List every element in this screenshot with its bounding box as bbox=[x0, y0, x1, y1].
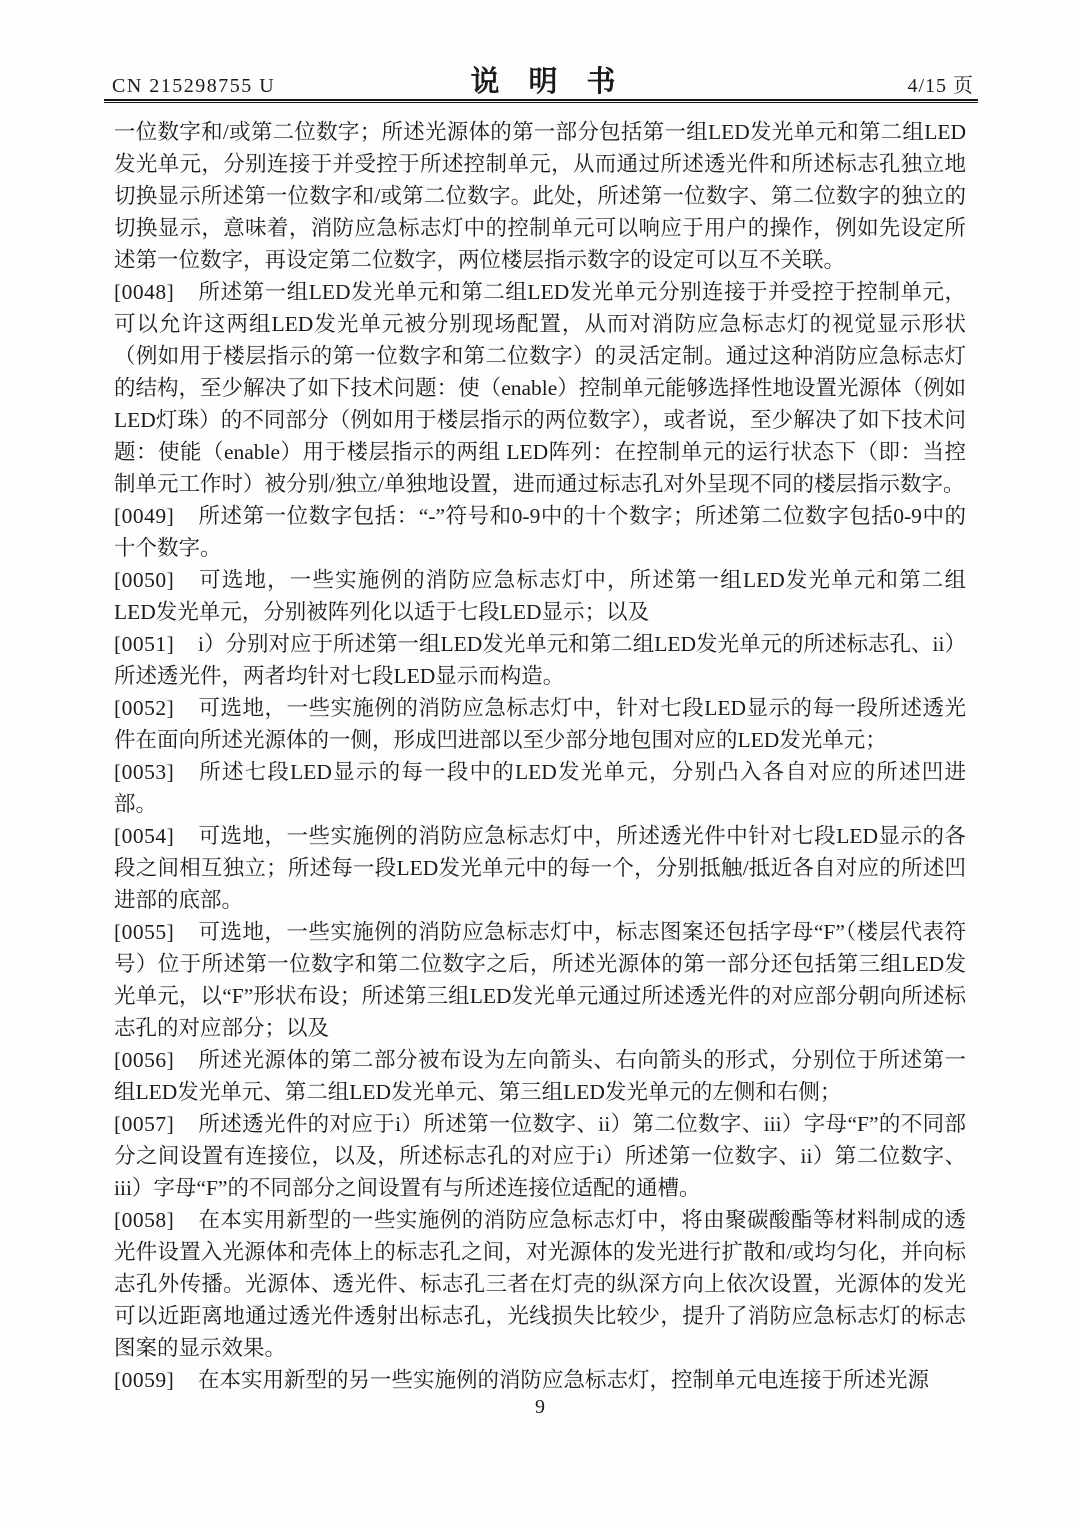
patent-number: CN 215298755 U bbox=[112, 75, 275, 98]
paragraph-text: 一位数字和/或第二位数字；所述光源体的第一部分包括第一组LED发光单元和第二组L… bbox=[114, 120, 966, 272]
paragraph-text: 所述七段LED显示的每一段中的LED发光单元，分别凸入各自对应的所述凹进部。 bbox=[114, 760, 966, 816]
paragraph-number: [0051] bbox=[114, 628, 198, 660]
paragraph-text: 可选地，一些实施例的消防应急标志灯中，所述第一组LED发光单元和第二组LED发光… bbox=[114, 568, 966, 624]
paragraph: [0059]在本实用新型的另一些实施例的消防应急标志灯，控制单元电连接于所述光源 bbox=[114, 1364, 966, 1396]
patent-specification-page: CN 215298755 U 说 明 书 4/15 页 一位数字和/或第二位数字… bbox=[0, 0, 1080, 1527]
paragraph-text: 可选地，一些实施例的消防应急标志灯中，所述透光件中针对七段LED显示的各段之间相… bbox=[114, 824, 966, 912]
paragraph: [0058]在本实用新型的一些实施例的消防应急标志灯中，将由聚碳酸酯等材料制成的… bbox=[114, 1204, 966, 1364]
paragraph: [0054]可选地，一些实施例的消防应急标志灯中，所述透光件中针对七段LED显示… bbox=[114, 820, 966, 916]
paragraph: [0056]所述光源体的第二部分被布设为左向箭头、右向箭头的形式，分别位于所述第… bbox=[114, 1044, 966, 1108]
paragraph: [0055]可选地，一些实施例的消防应急标志灯中，标志图案还包括字母“F”（楼层… bbox=[114, 916, 966, 1044]
paragraph-number: [0052] bbox=[114, 692, 198, 724]
paragraph-text: 所述透光件的对应于i）所述第一位数字、ii）第二位数字、iii）字母“F”的不同… bbox=[114, 1112, 966, 1200]
paragraph: [0048]所述第一组LED发光单元和第二组LED发光单元分别连接于并受控于控制… bbox=[114, 276, 966, 500]
paragraph-text: 可选地，一些实施例的消防应急标志灯中，标志图案还包括字母“F”（楼层代表符号）位… bbox=[114, 920, 966, 1040]
paragraph-number: [0056] bbox=[114, 1044, 198, 1076]
paragraph-number: [0055] bbox=[114, 916, 198, 948]
page-header: CN 215298755 U 说 明 书 4/15 页 bbox=[112, 64, 974, 98]
paragraph: [0052]可选地，一些实施例的消防应急标志灯中，针对七段LED显示的每一段所述… bbox=[114, 692, 966, 756]
page-number: 9 bbox=[535, 1396, 545, 1418]
paragraph-text: i）分别对应于所述第一组LED发光单元和第二组LED发光单元的所述标志孔、ii）… bbox=[114, 632, 966, 688]
paragraph-number: [0049] bbox=[114, 500, 198, 532]
paragraph: 一位数字和/或第二位数字；所述光源体的第一部分包括第一组LED发光单元和第二组L… bbox=[114, 116, 966, 276]
paragraph-text: 所述第一位数字包括：“-”符号和0-9中的十个数字；所述第二位数字包括0-9中的… bbox=[114, 504, 966, 560]
paragraph-number: [0059] bbox=[114, 1364, 198, 1396]
paragraph: [0051]i）分别对应于所述第一组LED发光单元和第二组LED发光单元的所述标… bbox=[114, 628, 966, 692]
paragraph-text: 所述光源体的第二部分被布设为左向箭头、右向箭头的形式，分别位于所述第一组LED发… bbox=[114, 1048, 966, 1104]
paragraph-number: [0057] bbox=[114, 1108, 198, 1140]
page-footer: 9 bbox=[0, 1396, 1080, 1419]
paragraph-text: 可选地，一些实施例的消防应急标志灯中，针对七段LED显示的每一段所述透光件在面向… bbox=[114, 696, 966, 752]
header-rule bbox=[104, 99, 978, 103]
specification-body: 一位数字和/或第二位数字；所述光源体的第一部分包括第一组LED发光单元和第二组L… bbox=[114, 116, 966, 1396]
paragraph: [0050]可选地，一些实施例的消防应急标志灯中，所述第一组LED发光单元和第二… bbox=[114, 564, 966, 628]
paragraph-number: [0050] bbox=[114, 564, 198, 596]
paragraph-number: [0058] bbox=[114, 1204, 198, 1236]
document-title: 说 明 书 bbox=[470, 59, 615, 100]
paragraph-text: 在本实用新型的另一些实施例的消防应急标志灯，控制单元电连接于所述光源 bbox=[198, 1368, 929, 1392]
paragraph-number: [0053] bbox=[114, 756, 198, 788]
paragraph-number: [0054] bbox=[114, 820, 198, 852]
paragraph: [0049]所述第一位数字包括：“-”符号和0-9中的十个数字；所述第二位数字包… bbox=[114, 500, 966, 564]
paragraph-text: 所述第一组LED发光单元和第二组LED发光单元分别连接于并受控于控制单元，可以允… bbox=[114, 280, 966, 496]
paragraph: [0057]所述透光件的对应于i）所述第一位数字、ii）第二位数字、iii）字母… bbox=[114, 1108, 966, 1204]
paragraph-text: 在本实用新型的一些实施例的消防应急标志灯中，将由聚碳酸酯等材料制成的透光件设置入… bbox=[114, 1208, 966, 1360]
paragraph: [0053]所述七段LED显示的每一段中的LED发光单元，分别凸入各自对应的所述… bbox=[114, 756, 966, 820]
paragraph-number: [0048] bbox=[114, 276, 198, 308]
page-indicator: 4/15 页 bbox=[907, 69, 974, 98]
